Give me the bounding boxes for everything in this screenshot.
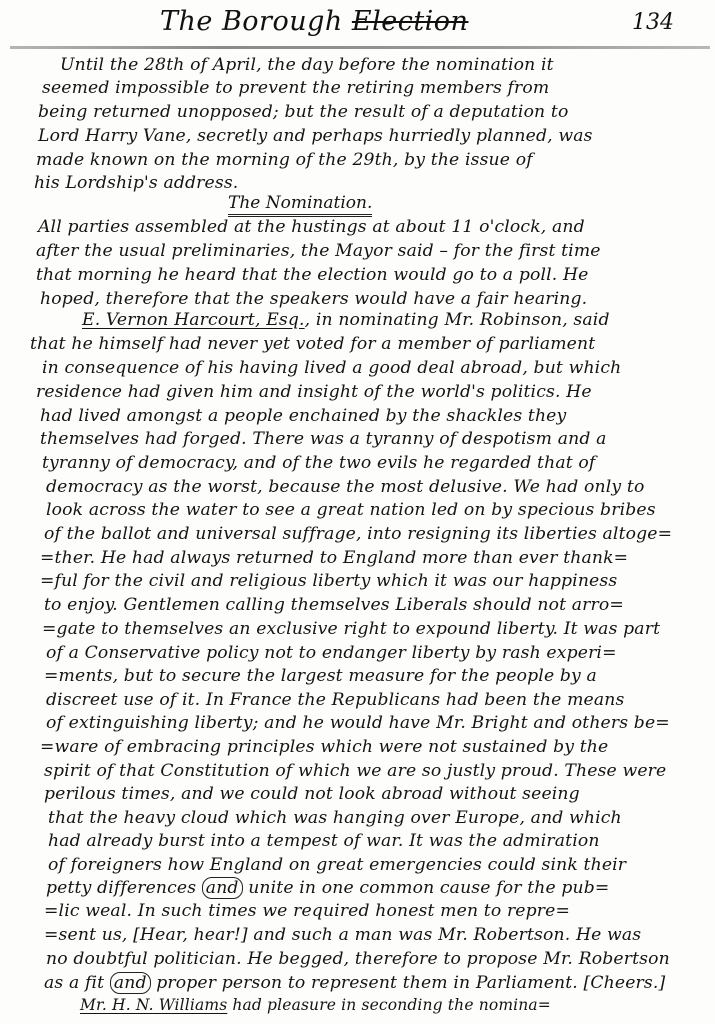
text-line: spirit of that Constitution of which we …	[44, 760, 666, 782]
text-line: E. Vernon Harcourt, Esq., in nominating …	[82, 309, 610, 331]
text-line: no doubtful politician. He begged, there…	[46, 948, 670, 970]
text-line: that morning he heard that the election …	[36, 264, 588, 286]
text-line: Mr. H. N. Williams had pleasure in secon…	[80, 994, 551, 1016]
page-number: 134	[632, 10, 674, 35]
text-line: being returned unopposed; but the result…	[38, 101, 568, 123]
text-fragment: as a fit	[44, 973, 110, 993]
title-text: The Borough	[160, 6, 352, 37]
page-title: The Borough Election	[160, 6, 468, 37]
text-line: =lic weal. In such times we required hon…	[44, 900, 570, 922]
text-line: had already burst into a tempest of war.…	[48, 830, 600, 852]
text-fragment: unite in one common cause for the pub=	[243, 878, 610, 898]
text-fragment: proper person to represent them in Parli…	[151, 973, 666, 993]
text-line: of the ballot and universal suffrage, in…	[44, 523, 672, 545]
text-fragment: , in nominating Mr. Robinson, said	[305, 310, 610, 330]
text-line: =sent us, [Hear, hear!] and such a man w…	[44, 924, 641, 946]
text-line: =ware of embracing principles which were…	[40, 736, 608, 758]
text-line: All parties assembled at the hustings at…	[38, 216, 585, 238]
speaker-name: E. Vernon Harcourt, Esq.	[82, 310, 305, 330]
circled-word: and	[110, 972, 151, 994]
text-line: after the usual preliminaries, the Mayor…	[36, 240, 601, 262]
text-line: democracy as the worst, because the most…	[46, 476, 644, 498]
text-line: his Lordship's address.	[34, 172, 238, 194]
text-fragment: petty differences	[46, 878, 202, 898]
speaker-name: Mr. H. N. Williams	[80, 996, 227, 1014]
text-line: look across the water to see a great nat…	[46, 499, 656, 521]
text-line: themselves had forged. There was a tyran…	[40, 428, 607, 450]
text-line: that the heavy cloud which was hanging o…	[48, 807, 622, 829]
text-line: of extinguishing liberty; and he would h…	[46, 712, 670, 734]
text-line: that he himself had never yet voted for …	[30, 333, 595, 355]
text-line: of foreigners how England on great emerg…	[48, 854, 626, 876]
text-line: hoped, therefore that the speakers would…	[40, 288, 587, 310]
text-line: seemed impossible to prevent the retirin…	[42, 77, 549, 99]
text-line: =gate to themselves an exclusive right t…	[42, 618, 660, 640]
text-line: Until the 28th of April, the day before …	[60, 54, 554, 76]
text-line: made known on the morning of the 29th, b…	[36, 149, 533, 171]
text-line: tyranny of democracy, and of the two evi…	[42, 452, 595, 474]
text-line: =ful for the civil and religious liberty…	[40, 570, 617, 592]
text-line: discreet use of it. In France the Republ…	[46, 689, 624, 711]
text-line: petty differences and unite in one commo…	[46, 877, 609, 899]
text-fragment: had pleasure in seconding the nomina=	[227, 996, 551, 1014]
text-line: to enjoy. Gentlemen calling themselves L…	[44, 594, 624, 616]
section-heading: The Nomination.	[228, 192, 372, 217]
text-line: perilous times, and we could not look ab…	[44, 783, 580, 805]
text-line: as a fit and proper person to represent …	[44, 972, 665, 994]
manuscript-page: The Borough Election 134 Until the 28th …	[0, 0, 715, 1024]
text-line: =ments, but to secure the largest measur…	[44, 665, 597, 687]
page-header: The Borough Election 134	[0, 0, 715, 48]
title-struck-word: Election	[352, 6, 469, 37]
text-line: =ther. He had always returned to England…	[40, 547, 628, 569]
circled-word: and	[202, 877, 243, 899]
text-line: had lived amongst a people enchained by …	[40, 405, 566, 427]
text-line: Lord Harry Vane, secretly and perhaps hu…	[38, 125, 593, 147]
text-line: of a Conservative policy not to endanger…	[46, 642, 617, 664]
text-line: in consequence of his having lived a goo…	[42, 357, 621, 379]
text-line: residence had given him and insight of t…	[36, 381, 592, 403]
header-rule	[10, 46, 710, 49]
